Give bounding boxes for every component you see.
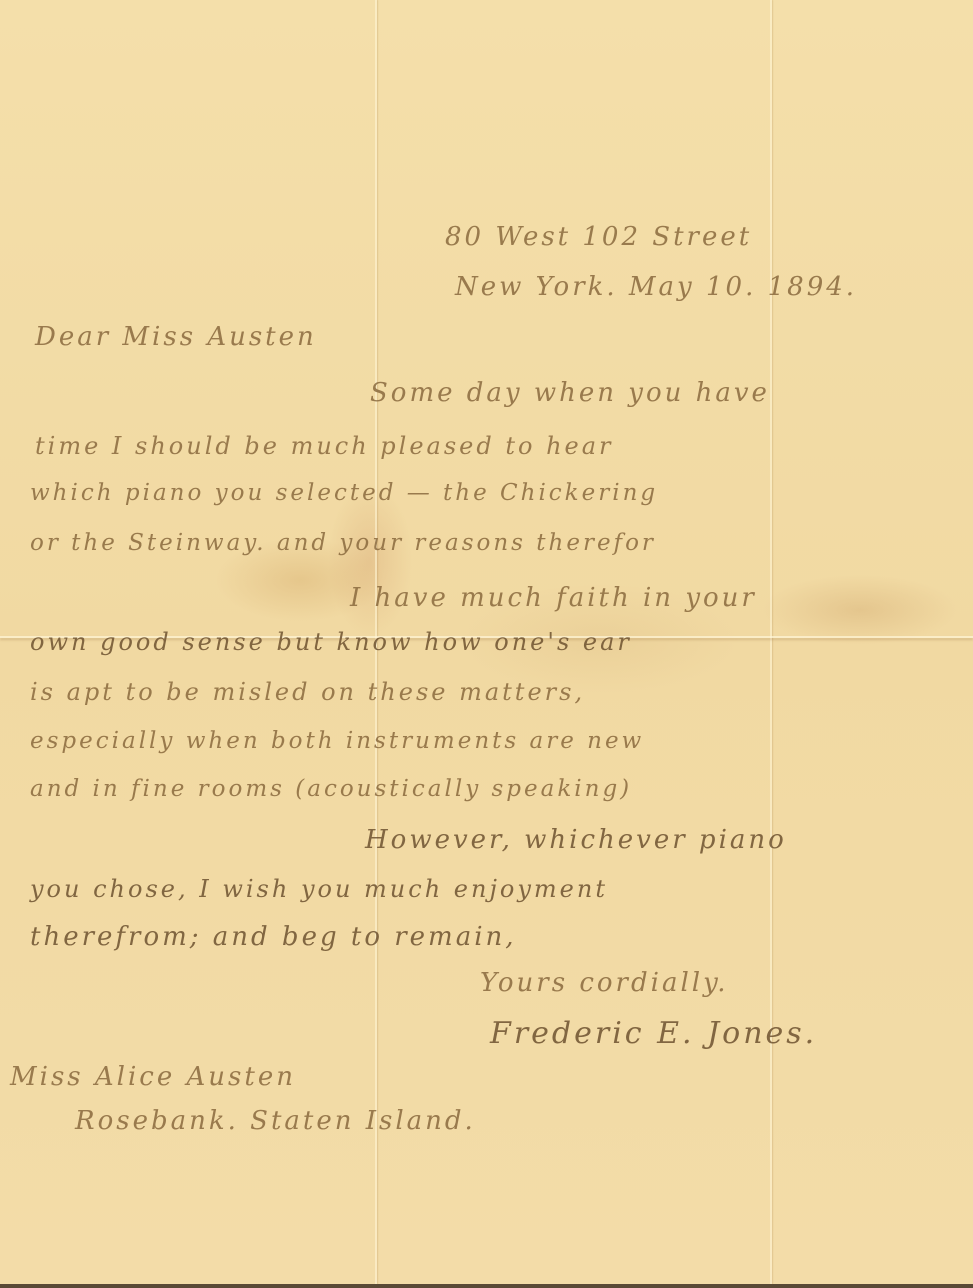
body-line: However, whichever piano xyxy=(365,825,787,855)
body-line: is apt to be misled on these matters, xyxy=(30,678,585,706)
recipient-name: Miss Alice Austen xyxy=(10,1062,296,1092)
body-line: and in fine rooms (acoustically speaking… xyxy=(30,776,632,802)
letter-paper: 80 West 102 Street New York. May 10. 189… xyxy=(0,0,973,1284)
vertical-fold xyxy=(770,0,772,1284)
body-line: or the Steinway. and your reasons theref… xyxy=(30,530,656,556)
body-line: I have much faith in your xyxy=(350,583,757,613)
body-line: therefrom; and beg to remain, xyxy=(30,922,517,952)
body-line: Some day when you have xyxy=(370,378,770,408)
recipient-address: Rosebank. Staten Island. xyxy=(75,1106,476,1136)
salutation: Dear Miss Austen xyxy=(35,322,317,352)
closing: Yours cordially. xyxy=(480,968,729,998)
body-line: you chose, I wish you much enjoyment xyxy=(30,875,608,903)
body-line: especially when both instruments are new xyxy=(30,728,644,754)
body-line: time I should be much pleased to hear xyxy=(35,432,614,460)
heading-address: 80 West 102 Street xyxy=(445,222,752,252)
body-line: own good sense but know how one's ear xyxy=(30,628,632,656)
heading-date: New York. May 10. 1894. xyxy=(455,272,857,302)
signature: Frederic E. Jones. xyxy=(490,1016,817,1051)
body-line: which piano you selected — the Chickerin… xyxy=(30,480,658,506)
